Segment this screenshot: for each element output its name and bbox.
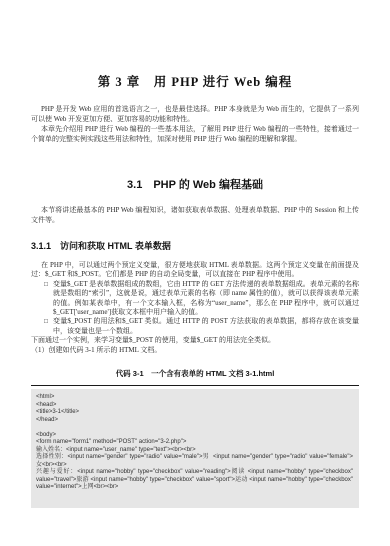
code-line: <html>	[36, 394, 353, 402]
code-line: <title>3-1</title>	[36, 409, 353, 417]
code-line: 兴趣与爱好：<input name="hobby" type="checkbox…	[36, 469, 353, 492]
section-intro-paragraph: 本节将讲述最基本的 PHP Web 编程知识，诸如获取表单数据、处理表单数据、P…	[31, 205, 359, 225]
code-line: 选择性别：<input name="gender" type="radio" v…	[36, 454, 353, 469]
square-bullet-icon: □	[44, 317, 53, 336]
bullet-item-post: □ 变量$_POST 的用法和$_GET 类似。通过 HTTP 的 POST 方…	[44, 317, 359, 336]
subsection-heading: 3.1.1 访问和获取 HTML 表单数据	[31, 239, 359, 252]
bullet-text: 变量$_POST 的用法和$_GET 类似。通过 HTTP 的 POST 方法获…	[53, 317, 359, 336]
bullet-text: 变量$_GET 是表单数据组成的数组，它由 HTTP 的 GET 方法传递的表单…	[53, 280, 359, 318]
subsection-paragraph-1: 在 PHP 中，可以通过两个预定义变量，很方便地获取 HTML 表单数据。这两个…	[31, 261, 359, 280]
subsection-paragraph-2: 下面通过一个实例，来学习变量$_POST 的使用，变量$_GET 的用法完全类似…	[31, 336, 359, 345]
code-line: <head>	[36, 402, 353, 410]
section-heading: 3.1 PHP 的 Web 编程基础	[31, 176, 359, 192]
book-page: 第 3 章 用 PHP 进行 Web 编程 PHP 是开发 Web 应用的首选语…	[0, 0, 390, 546]
intro-paragraph-2: 本章先介绍用 PHP 进行 Web 编程的一些基本用法，了解用 PHP 进行 W…	[31, 124, 359, 144]
code-line: 输入姓名：<input name="user_name" type="text"…	[36, 447, 353, 455]
intro-paragraph-1: PHP 是开发 Web 应用的首选语言之一，也是最佳选择。PHP 本身就是为 W…	[31, 104, 359, 124]
code-top-rule	[31, 385, 359, 386]
code-line: <form name="form1" method="POST" action=…	[36, 439, 353, 447]
code-line: </head>	[36, 417, 353, 425]
code-line: <body>	[36, 432, 353, 440]
chapter-title: 第 3 章 用 PHP 进行 Web 编程	[31, 72, 359, 90]
code-line	[36, 424, 353, 432]
bullet-item-get: □ 变量$_GET 是表单数据组成的数组，它由 HTTP 的 GET 方法传递的…	[44, 280, 359, 318]
code-listing: <html> <head> <title>3-1</title> </head>…	[31, 389, 359, 508]
square-bullet-icon: □	[44, 280, 53, 318]
code-listing-caption: 代码 3-1 一个含有表单的 HTML 文档 3-1.html	[31, 368, 359, 379]
step-1-text: （1）创建如代码 3-1 所示的 HTML 文档。	[31, 346, 359, 355]
